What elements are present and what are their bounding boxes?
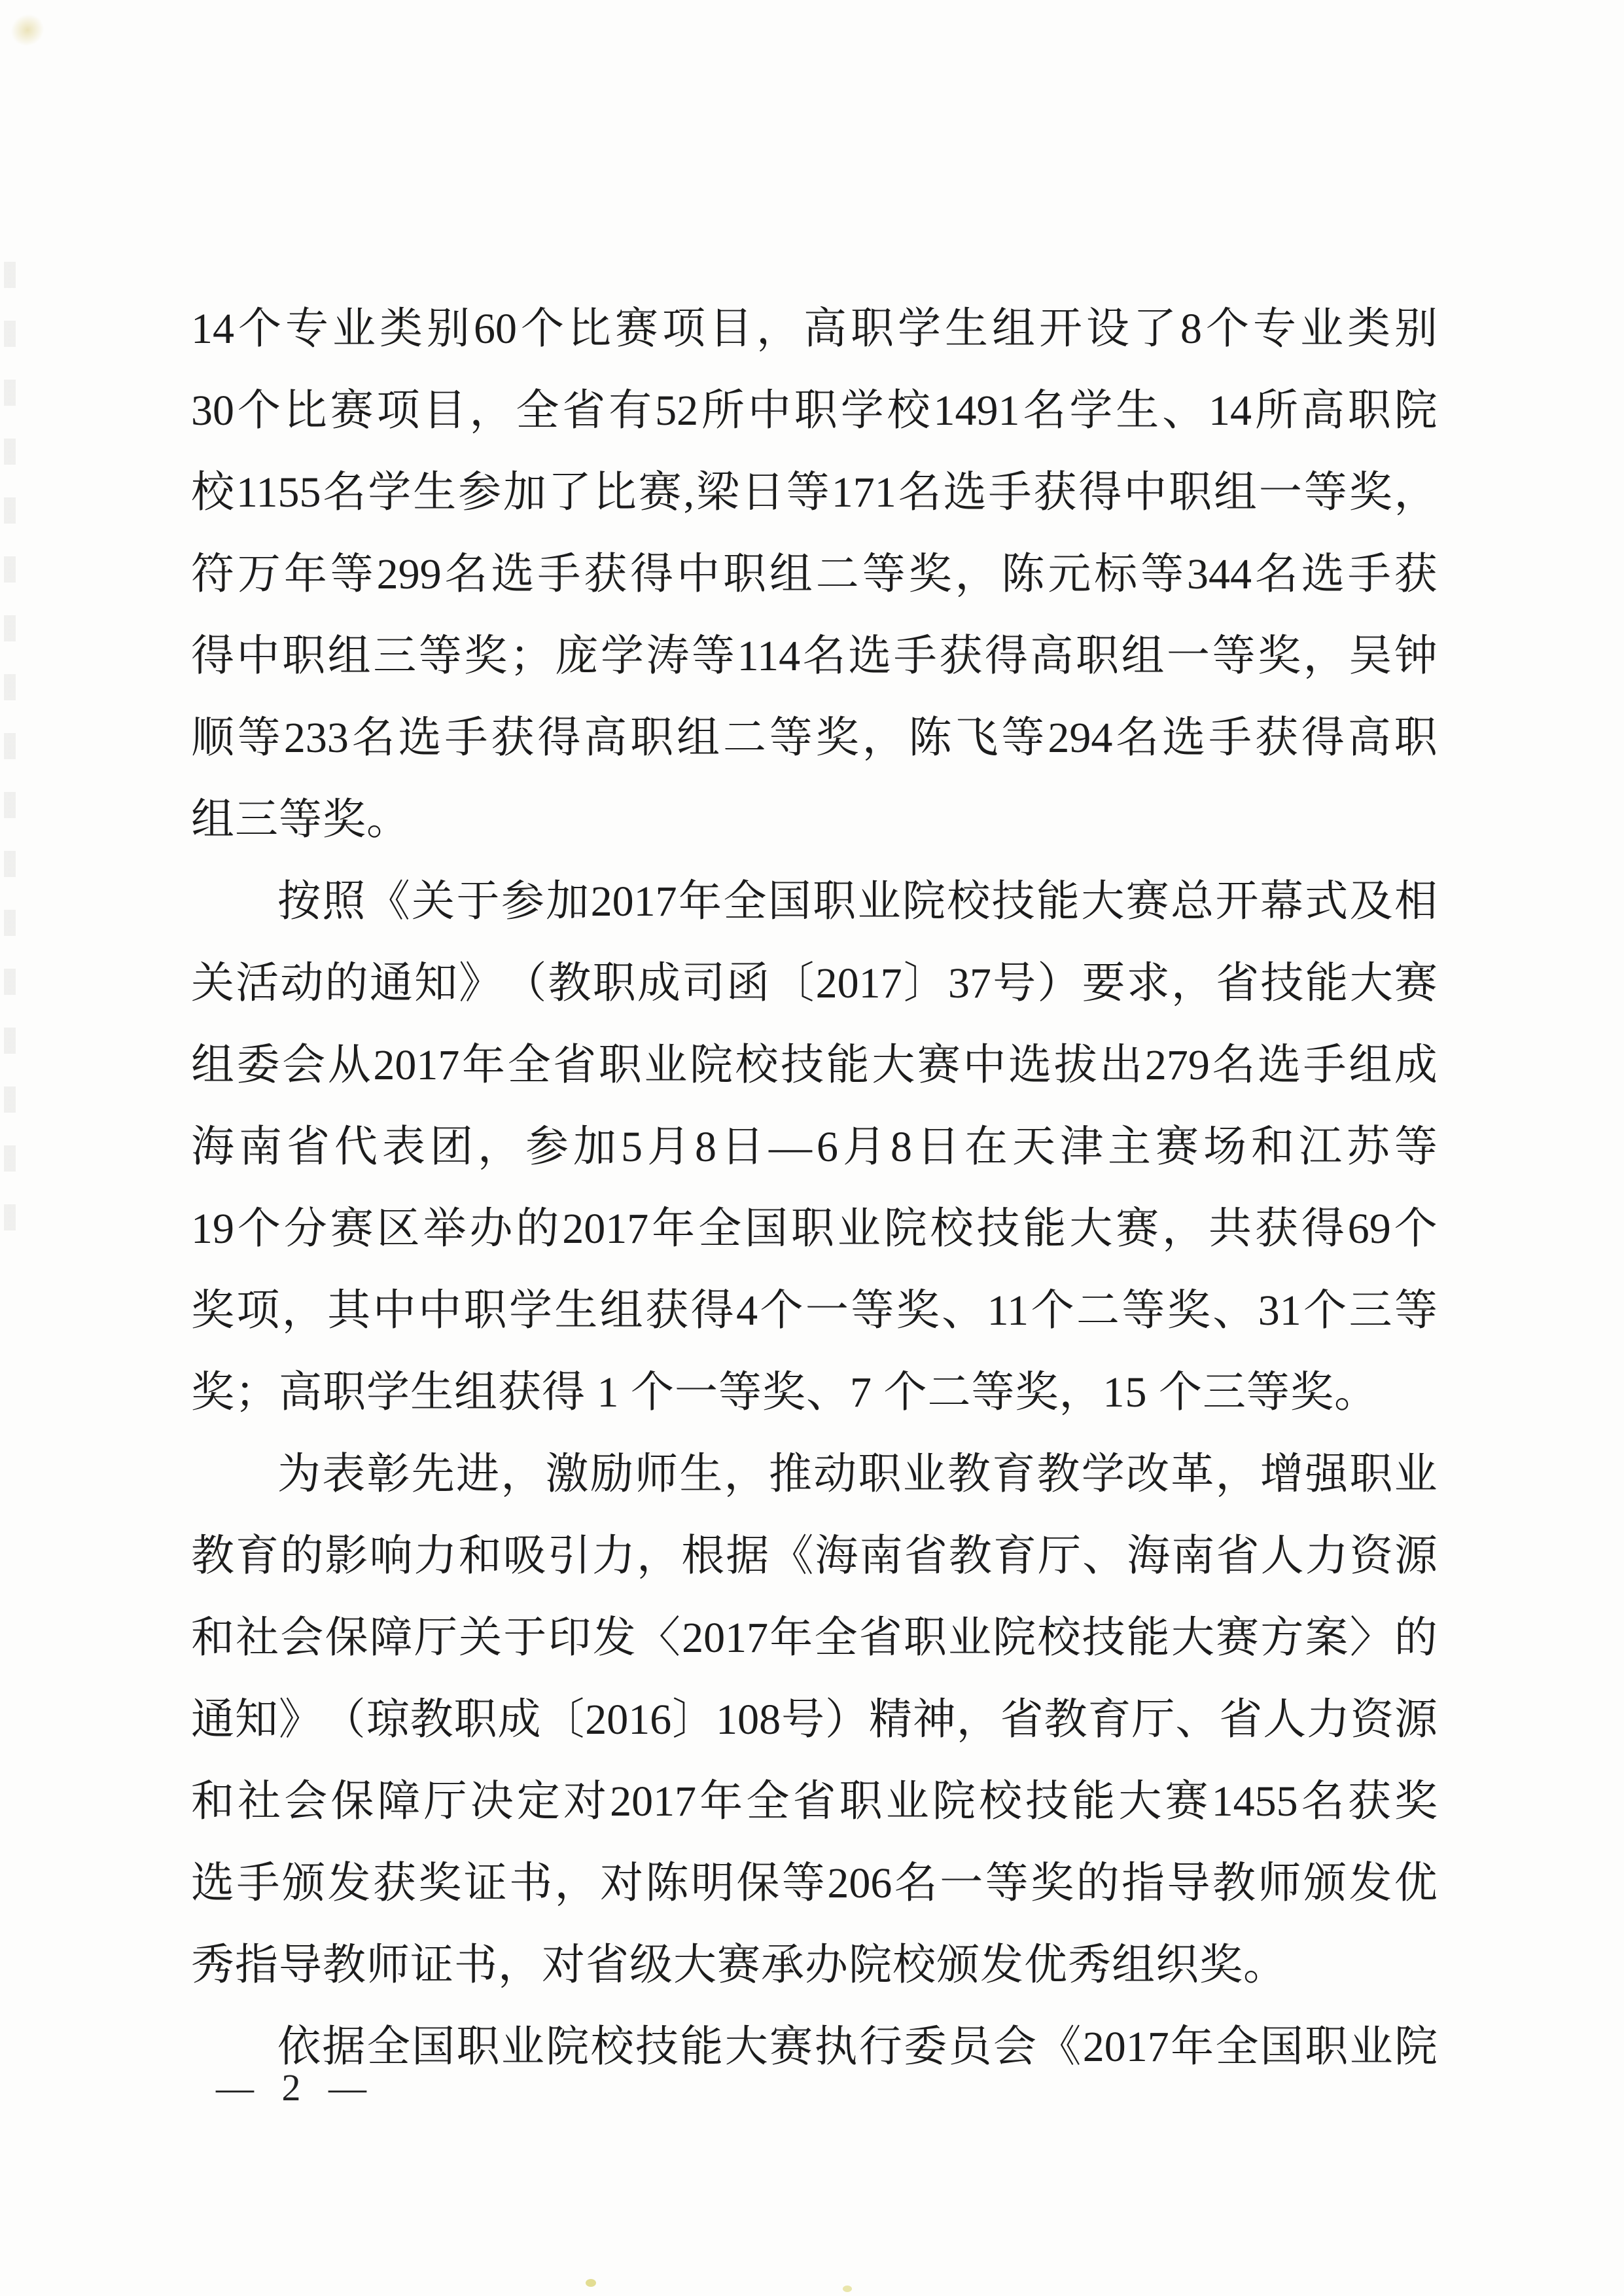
scan-artifact: [843, 2286, 852, 2292]
page-number: — 2 —: [216, 2055, 376, 2121]
text-line: 符万年等299名选手获得中职组二等奖，陈元标等344名选手获: [191, 533, 1438, 615]
scan-artifact: [5, 8, 50, 52]
text-line: 依据全国职业院校技能大赛执行委员会《2017年全国职业院: [191, 2006, 1438, 2088]
scan-artifact: [4, 262, 16, 1244]
text-line: 关活动的通知》（教职成司函〔2017〕37号）要求，省技能大赛: [191, 942, 1438, 1024]
text-line: 30个比赛项目，全省有52所中职学校1491名学生、14所高职院: [191, 370, 1438, 452]
text-line: 顺等233名选手获得高职组二等奖，陈飞等294名选手获得高职: [191, 697, 1438, 779]
text-line: 得中职组三等奖；庞学涛等114名选手获得高职组一等奖，吴钟: [191, 615, 1438, 697]
text-line: 19个分赛区举办的2017年全国职业院校技能大赛，共获得69个: [191, 1188, 1438, 1270]
text-line: 通知》（琼教职成〔2016〕108号）精神，省教育厅、省人力资源: [191, 1679, 1438, 1761]
text-line: 秀指导教师证书，对省级大赛承办院校颁发优秀组织奖。: [191, 1924, 1438, 2006]
text-line: 选手颁发获奖证书，对陈明保等206名一等奖的指导教师颁发优: [191, 1842, 1438, 1924]
body-text: 14个专业类别60个比赛项目，高职学生组开设了8个专业类别30个比赛项目，全省有…: [191, 288, 1438, 2088]
text-line: 奖；高职学生组获得 1 个一等奖、7 个二等奖，15 个三等奖。: [191, 1352, 1438, 1433]
text-line: 为表彰先进，激励师生，推动职业教育教学改革，增强职业: [191, 1433, 1438, 1515]
text-line: 按照《关于参加2017年全国职业院校技能大赛总开幕式及相: [191, 861, 1438, 942]
text-line: 教育的影响力和吸引力，根据《海南省教育厅、海南省人力资源: [191, 1515, 1438, 1597]
text-line: 和社会保障厅决定对2017年全省职业院校技能大赛1455名获奖: [191, 1761, 1438, 1842]
text-line: 组三等奖。: [191, 779, 1438, 861]
text-line: 海南省代表团，参加5月8日—6月8日在天津主赛场和江苏等: [191, 1106, 1438, 1188]
text-line: 校1155名学生参加了比赛,梁日等171名选手获得中职组一等奖，: [191, 452, 1438, 533]
scan-artifact: [586, 2279, 596, 2287]
text-line: 和社会保障厅关于印发〈2017年全省职业院校技能大赛方案〉的: [191, 1597, 1438, 1679]
text-line: 14个专业类别60个比赛项目，高职学生组开设了8个专业类别: [191, 288, 1438, 370]
text-line: 组委会从2017年全省职业院校技能大赛中选拔出279名选手组成: [191, 1024, 1438, 1106]
text-line: 奖项，其中中职学生组获得4个一等奖、11个二等奖、31个三等: [191, 1270, 1438, 1352]
document-page: 14个专业类别60个比赛项目，高职学生组开设了8个专业类别30个比赛项目，全省有…: [0, 0, 1624, 2296]
